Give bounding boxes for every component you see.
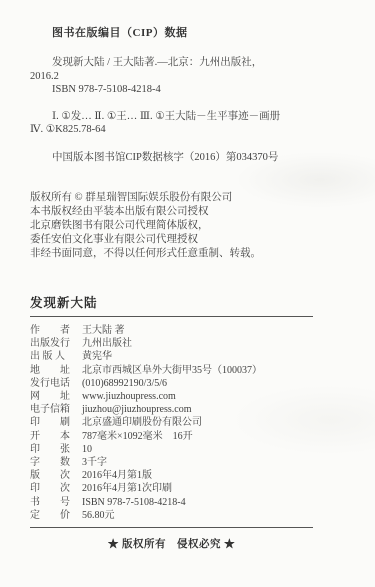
book-copyright-page: 图书在版编目（CIP）数据 发现新大陆 / 王大陆著.—北京：九州出版社， 20… — [0, 0, 375, 587]
title-divider — [30, 316, 313, 317]
copyright-line: 委任安伯文化事业有限公司代理授权 — [30, 233, 313, 247]
cip-entry: 发现新大陆 / 王大陆著.—北京：九州出版社， 2016.2 ISBN 978-… — [30, 56, 313, 97]
colophon-row-value: 2016年4月第1版 — [82, 470, 152, 481]
colophon-row-value: 2016年4月第1次印刷 — [82, 483, 172, 494]
colophon-row: 版 次2016年4月第1版 — [30, 469, 313, 482]
cip-entry-line-2: 2016.2 — [30, 70, 313, 84]
colophon-row-label: 作 者 — [30, 324, 73, 337]
colophon-row-label: 印 次 — [30, 482, 73, 495]
colophon-row-value: (010)68992190/3/5/6 — [82, 378, 167, 389]
colophon-row-value: ISBN 978-7-5108-4218-4 — [82, 497, 186, 508]
colophon-row-label: 书 号 — [30, 496, 73, 509]
cip-classification-line-2: Ⅳ. ①K825.78-64 — [30, 123, 313, 137]
colophon-row: 开 本787毫米×1092毫米 16开 — [30, 430, 313, 443]
footer-divider — [30, 527, 313, 528]
colophon-row-value: 787毫米×1092毫米 16开 — [82, 431, 193, 442]
colophon-row-label: 网 址 — [30, 390, 73, 403]
colophon-row: 印 次2016年4月第1次印刷 — [30, 482, 313, 495]
colophon-row-label: 地 址 — [30, 364, 73, 377]
colophon-row: 作 者王大陆 著 — [30, 324, 313, 337]
colophon-row: 电子信箱jiuzhou@jiuzhoupress.com — [30, 403, 313, 416]
cip-classification: Ⅰ. ①发… Ⅱ. ①王… Ⅲ. ①王大陆－生平事迹－画册 Ⅳ. ①K825.7… — [30, 110, 313, 137]
cip-entry-line-1: 发现新大陆 / 王大陆著.—北京：九州出版社， — [52, 56, 313, 70]
colophon-row: 印 张10 — [30, 443, 313, 456]
copyright-line: 本书版权经由平装本出版有限公司授权 — [30, 205, 313, 219]
colophon-row-value: 王大陆 著 — [82, 325, 125, 336]
colophon-row-value: www.jiuzhoupress.com — [82, 391, 176, 402]
colophon-row: 地 址北京市西城区阜外大街甲35号（100037） — [30, 364, 313, 377]
colophon-row-value: 黄宪华 — [82, 351, 112, 362]
colophon-table: 作 者王大陆 著 出版发行九州出版社 出 版 人黄宪华 地 址北京市西城区阜外大… — [30, 324, 313, 522]
colophon-row: 字 数3千字 — [30, 456, 313, 469]
colophon-row-label: 发行电话 — [30, 377, 73, 390]
rights-reserved-notice: ★ 版权所有 侵权必究 ★ — [30, 536, 313, 551]
book-title: 发现新大陆 — [30, 296, 313, 310]
copyright-line: 北京磨铁图书有限公司代理简体版权， — [30, 219, 313, 233]
colophon-row-label: 电子信箱 — [30, 403, 73, 416]
colophon-row-label: 出版发行 — [30, 337, 73, 350]
copyright-line: 版权所有 © 群星瑞智国际娱乐股份有限公司 — [30, 191, 313, 205]
cip-heading: 图书在版编目（CIP）数据 — [52, 26, 313, 40]
colophon-row-label: 字 数 — [30, 456, 73, 469]
colophon-row-label: 出 版 人 — [30, 350, 73, 363]
cip-record-line: 中国版本图书馆CIP数据核字（2016）第034370号 — [52, 151, 313, 165]
colophon-row: 出 版 人黄宪华 — [30, 350, 313, 363]
colophon-row-label: 印 刷 — [30, 416, 73, 429]
colophon-row-value: 北京盛通印刷股份有限公司 — [82, 417, 202, 428]
colophon-row: 书 号ISBN 978-7-5108-4218-4 — [30, 496, 313, 509]
colophon-row-value: 九州出版社 — [82, 338, 132, 349]
colophon-row-value: 56.80元 — [82, 510, 115, 521]
cip-classification-line-1: Ⅰ. ①发… Ⅱ. ①王… Ⅲ. ①王大陆－生平事迹－画册 — [52, 110, 313, 124]
colophon-row-label: 印 张 — [30, 443, 73, 456]
colophon-row: 定 价56.80元 — [30, 509, 313, 522]
colophon-row-label: 开 本 — [30, 430, 73, 443]
colophon-row-label: 版 次 — [30, 469, 73, 482]
copyright-notice-block: 版权所有 © 群星瑞智国际娱乐股份有限公司 本书版权经由平装本出版有限公司授权 … — [30, 191, 313, 261]
colophon-row-value: 10 — [82, 444, 92, 455]
colophon-row-value: 北京市西城区阜外大街甲35号（100037） — [82, 365, 262, 376]
colophon-row-value: 3千字 — [82, 457, 107, 468]
colophon-row: 出版发行九州出版社 — [30, 337, 313, 350]
cip-isbn-line: ISBN 978-7-5108-4218-4 — [52, 83, 313, 97]
colophon-row: 网 址www.jiuzhoupress.com — [30, 390, 313, 403]
colophon-row-label: 定 价 — [30, 509, 73, 522]
colophon-row: 发行电话(010)68992190/3/5/6 — [30, 377, 313, 390]
copyright-line: 非经书面同意，不得以任何形式任意重制、转载。 — [30, 247, 313, 261]
colophon-row-value: jiuzhou@jiuzhoupress.com — [82, 404, 191, 415]
colophon-row: 印 刷北京盛通印刷股份有限公司 — [30, 416, 313, 429]
